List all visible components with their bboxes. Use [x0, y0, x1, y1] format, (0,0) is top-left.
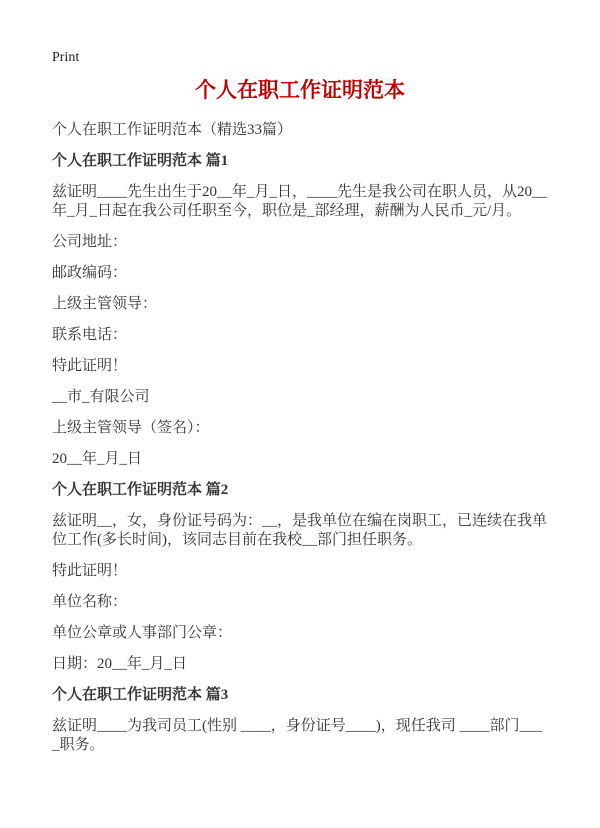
paragraph: 兹证明____先生出生于20__年_月_日，____先生是我公司在职人员，从20…: [52, 183, 548, 221]
print-link[interactable]: Print: [52, 49, 79, 67]
paragraph: 公司地址：: [52, 233, 548, 252]
paragraph: 兹证明__，女，身份证号码为：__，是我单位在编在岗职工，已连续在我单位工作(多…: [52, 512, 548, 550]
doc-subtitle: 个人在职工作证明范本（精选33篇）: [52, 121, 548, 140]
paragraph: 日期：20__年_月_日: [52, 655, 548, 674]
paragraph: 特此证明！: [52, 357, 548, 376]
paragraph: 上级主管领导（签名）：: [52, 419, 548, 438]
paragraph: 特此证明！: [52, 562, 548, 581]
paragraph: __市_有限公司: [52, 388, 548, 407]
paragraph: 兹证明____为我司员工(性别 ____，身份证号____)，现任我司 ____…: [52, 717, 548, 755]
paragraph: 邮政编码：: [52, 264, 548, 283]
paragraph: 联系电话：: [52, 326, 548, 345]
paragraph: 单位公章或人事部门公章：: [52, 624, 548, 643]
paragraph: 单位名称：: [52, 593, 548, 612]
section-heading-3: 个人在职工作证明范本 篇3: [52, 686, 548, 705]
section-heading-2: 个人在职工作证明范本 篇2: [52, 481, 548, 500]
page-title: 个人在职工作证明范本: [52, 77, 548, 103]
paragraph: 上级主管领导：: [52, 295, 548, 314]
document-page: Print 个人在职工作证明范本 个人在职工作证明范本（精选33篇） 个人在职工…: [0, 0, 600, 828]
section-heading-1: 个人在职工作证明范本 篇1: [52, 152, 548, 171]
paragraph: 20__年_月_日: [52, 450, 548, 469]
